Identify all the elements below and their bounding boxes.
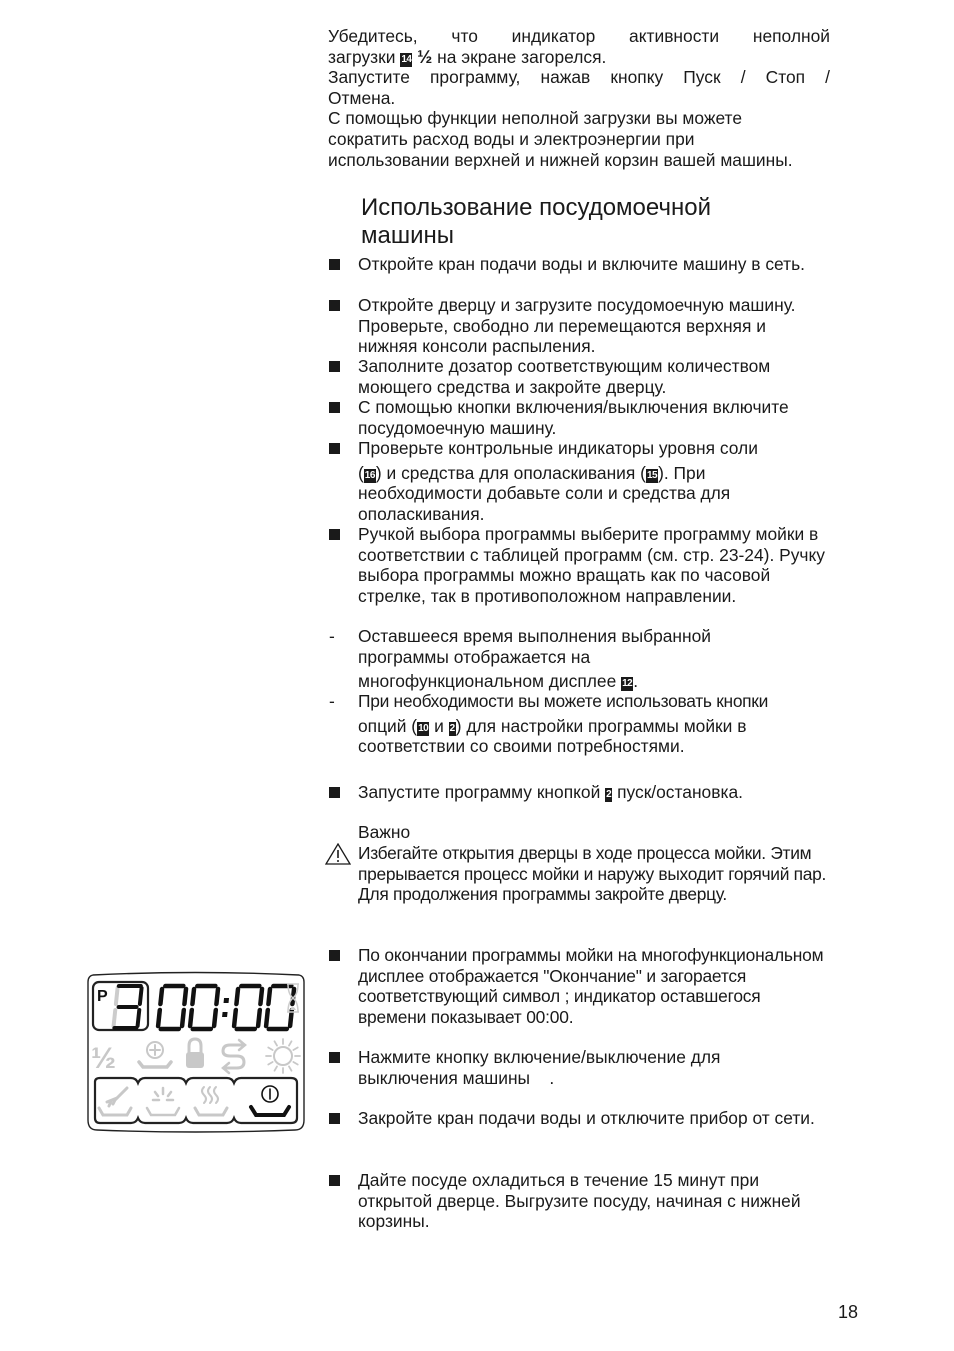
ref-badge-10: 10 [417, 722, 429, 736]
detergent-plus-icon [139, 1042, 171, 1067]
warning-text: Избегайте открытия дверцы в ходе процесс… [358, 843, 833, 905]
step-item: Проверьте контрольные индикаторы уровня … [328, 438, 833, 524]
subitem-text: При необходимости вы можете использовать… [358, 691, 833, 712]
steam-dry-icon [195, 1087, 227, 1115]
intro-line2-text: загрузки [328, 47, 395, 67]
intro-block: Убедитесь, что индикатор активности непо… [328, 26, 830, 170]
intro-line1: Убедитесь, что индикатор активности непо… [328, 26, 830, 47]
text: многофункциональном дисплее [358, 671, 616, 691]
step-text: С помощью кнопки включения/выключения вк… [358, 397, 798, 438]
step-item: С помощью кнопки включения/выключения вк… [328, 397, 833, 438]
ref-badge-15: 15 [646, 469, 658, 483]
end-step-text: Нажмите кнопку включение/выключение для … [358, 1047, 798, 1088]
step-text-cont: (16) и средства для ополаскивания (15). … [358, 463, 798, 525]
ref-badge-2: 2 [449, 722, 456, 736]
step-text: Откройте дверцу и загрузите посудомоечну… [358, 295, 830, 357]
half-load-symbol: ½ [417, 47, 432, 67]
time-readout [158, 986, 295, 1029]
intro-para2-line1: Запустите программу, нажав кнопку Пуск /… [328, 67, 830, 88]
section-title-line2: машины [361, 222, 454, 249]
start-step-text: Запустите программу кнопкой 2 пуск/остан… [358, 782, 833, 803]
text: Запустите программу кнопкой [358, 782, 600, 802]
end-step-text: По окончании программы мойки на многофун… [358, 945, 833, 1027]
text: пуск/остановка. [617, 782, 743, 802]
brush-wash-icon [99, 1088, 131, 1115]
program-indicator: P [93, 982, 148, 1030]
end-step-text: Дайте посуде охладиться в течение 15 мин… [358, 1170, 833, 1232]
ref-badge-16: 16 [364, 469, 376, 483]
step-item: Ручкой выбора программы выберите програм… [328, 524, 833, 606]
section-title-line1: Использование посудомоечной [361, 194, 711, 221]
subitem-text-cont: многофункциональном дисплее 12. [358, 671, 778, 692]
end-step-text: Закройте кран подачи воды и отключите пр… [358, 1108, 818, 1129]
intro-line2: загрузки 14 ½ на экране загорелся. [328, 47, 830, 68]
section-title: Использование посудомоечной машины [361, 194, 831, 250]
half-load-icon: ½ [91, 1042, 116, 1075]
power-end-icon [251, 1086, 289, 1115]
step-item: Откройте кран подачи воды и включите маш… [328, 254, 833, 275]
text: ) и средства для ополаскивания ( [376, 463, 646, 483]
end-step-item: Дайте посуде охладиться в течение 15 мин… [328, 1170, 833, 1232]
sparkle-rinse-icon [147, 1088, 179, 1115]
step-text: Заполните дозатор соответствующим количе… [358, 356, 833, 397]
intro-para2-line2: Отмена. [328, 88, 830, 109]
end-step-item: Нажмите кнопку включение/выключение для … [328, 1047, 833, 1088]
warning-triangle-icon [325, 843, 351, 865]
text: опций ( [358, 716, 417, 736]
subitem-text-cont: опций (10 и 2) для настройки программы м… [358, 716, 833, 757]
rinse-cycle-icon [223, 1040, 245, 1073]
lock-icon [186, 1039, 204, 1068]
sun-dry-icon [266, 1039, 300, 1073]
subitem: При необходимости вы можете использовать… [328, 691, 833, 757]
ref-badge-2: 2 [605, 788, 612, 802]
svg-text:½: ½ [91, 1042, 116, 1075]
subitem: Оставшееся время выполнения выбранной пр… [328, 626, 833, 692]
control-display-illustration: P ½ [87, 970, 305, 1135]
program-label: P [97, 988, 108, 1005]
text: . [633, 671, 638, 691]
manual-page: Убедитесь, что индикатор активности непо… [0, 0, 954, 1351]
step-item: Заполните дозатор соответствующим количе… [328, 356, 833, 397]
ref-badge-12: 12 [621, 677, 633, 691]
step-text: Ручкой выбора программы выберите програм… [358, 524, 828, 606]
start-step: Запустите программу кнопкой 2 пуск/остан… [328, 782, 833, 803]
subitem-text: Оставшееся время выполнения выбранной пр… [358, 626, 778, 667]
warning-title: Важно [358, 822, 410, 843]
end-step-item: Закройте кран подачи воды и отключите пр… [328, 1108, 833, 1129]
end-step-item: По окончании программы мойки на многофун… [328, 945, 833, 1027]
step-item: Откройте дверцу и загрузите посудомоечну… [328, 295, 833, 357]
step-text: Откройте кран подачи воды и включите маш… [358, 254, 830, 275]
intro-para3: С помощью функции неполной загрузки вы м… [328, 108, 818, 170]
step-text: Проверьте контрольные индикаторы уровня … [358, 438, 833, 459]
ref-badge-14: 14 [400, 53, 412, 67]
page-number: 18 [838, 1302, 858, 1323]
intro-line2-post: на экране загорелся. [437, 47, 606, 67]
text: и [434, 716, 444, 736]
